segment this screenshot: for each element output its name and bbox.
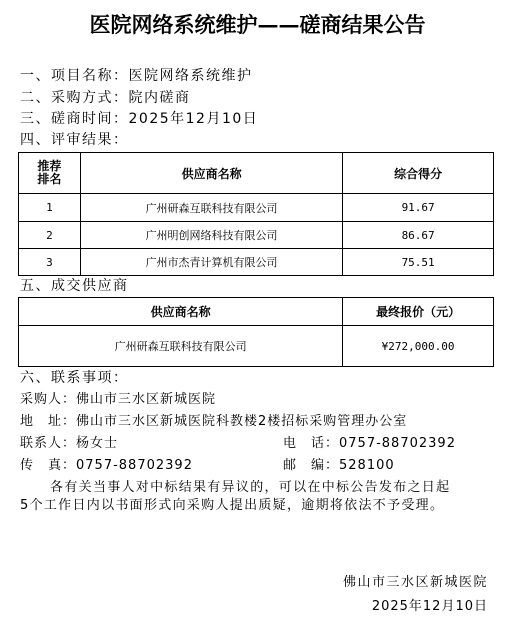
buyer-value: 佛山市三水区新城医院 — [76, 392, 216, 407]
evaluation-table-header: 推荐 排名 供应商名称 综合得分 — [19, 153, 494, 194]
footer-date: 2025年12月10日 — [372, 598, 488, 616]
footer-organization: 佛山市三水区新城医院 — [343, 574, 488, 592]
negotiation-time-line: 三、磋商时间：2025年12月10日 — [20, 110, 258, 128]
deal-table: 供应商名称 最终报价（元） 广州研森互联科技有限公司 ¥272,000.00 — [18, 297, 494, 367]
address-line: 地 址：佛山市三水区新城医院科教楼2楼招标采购管理办公室 — [20, 413, 407, 431]
supplier-cell: 广州市杰青计算机有限公司 — [80, 249, 342, 276]
phone-label: 电 话： — [283, 436, 339, 451]
table-row: 广州研森互联科技有限公司 ¥272,000.00 — [19, 326, 494, 367]
header-rank: 推荐 排名 — [19, 153, 81, 194]
buyer-label: 采购人： — [20, 392, 76, 407]
procurement-method-value: 院内磋商 — [129, 90, 191, 106]
contact-heading: 六、联系事项： — [20, 369, 129, 387]
page-title: 医院网络系统维护——磋商结果公告 — [0, 10, 515, 40]
project-name-line: 一、项目名称：医院网络系统维护 — [20, 67, 253, 85]
rank-cell: 1 — [19, 194, 81, 222]
score-cell: 75.51 — [343, 249, 494, 276]
objection-notice-line1: 各有关当事人对中标结果有异议的，可以在中标公告发布之日起 — [50, 479, 450, 497]
project-name-value: 医院网络系统维护 — [129, 68, 253, 84]
negotiation-time-label: 三、磋商时间： — [20, 111, 129, 127]
procurement-method-label: 二、采购方式： — [20, 90, 129, 106]
phone-value: 0757-88702392 — [339, 436, 456, 451]
postcode-value: 528100 — [339, 458, 395, 473]
postcode-label: 邮 编： — [283, 458, 339, 473]
table-row: 2 广州明创网络科技有限公司 86.67 — [19, 222, 494, 249]
fax-value: 0757-88702392 — [76, 458, 193, 473]
objection-notice-line2: 5个工作日内以书面形式向采购人提出质疑，逾期将依法不予受理。 — [20, 497, 444, 515]
header-score: 综合得分 — [343, 153, 494, 194]
rank-cell: 2 — [19, 222, 81, 249]
deal-supplier-heading: 五、成交供应商 — [20, 277, 129, 295]
fax-line: 传 真：0757-88702392 — [20, 457, 193, 475]
supplier-cell: 广州明创网络科技有限公司 — [80, 222, 342, 249]
table-row: 1 广州研森互联科技有限公司 91.67 — [19, 194, 494, 222]
deal-table-header: 供应商名称 最终报价（元） — [19, 298, 494, 326]
contact-person-label: 联系人： — [20, 436, 76, 451]
address-value: 佛山市三水区新城医院科教楼2楼招标采购管理办公室 — [76, 414, 407, 429]
contact-person-line: 联系人：杨女士 — [20, 435, 118, 453]
phone-line: 电 话：0757-88702392 — [283, 435, 456, 453]
postcode-line: 邮 编：528100 — [283, 457, 395, 475]
deal-price-cell: ¥272,000.00 — [343, 326, 494, 367]
buyer-line: 采购人：佛山市三水区新城医院 — [20, 391, 216, 409]
deal-supplier-cell: 广州研森互联科技有限公司 — [19, 326, 343, 367]
supplier-cell: 广州研森互联科技有限公司 — [80, 194, 342, 222]
table-row: 3 广州市杰青计算机有限公司 75.51 — [19, 249, 494, 276]
header-supplier-name: 供应商名称 — [80, 153, 342, 194]
address-label: 地 址： — [20, 414, 76, 429]
header-final-price: 最终报价（元） — [343, 298, 494, 326]
evaluation-table: 推荐 排名 供应商名称 综合得分 1 广州研森互联科技有限公司 91.67 2 … — [18, 152, 494, 276]
contact-person-value: 杨女士 — [76, 436, 118, 451]
procurement-method-line: 二、采购方式：院内磋商 — [20, 89, 191, 107]
header-rank-line2: 排名 — [19, 173, 80, 186]
header-supplier-name: 供应商名称 — [19, 298, 343, 326]
fax-label: 传 真： — [20, 458, 76, 473]
score-cell: 91.67 — [343, 194, 494, 222]
rank-cell: 3 — [19, 249, 81, 276]
evaluation-result-heading: 四、评审结果： — [20, 131, 129, 149]
project-name-label: 一、项目名称： — [20, 68, 129, 84]
negotiation-time-value: 2025年12月10日 — [129, 111, 259, 127]
score-cell: 86.67 — [343, 222, 494, 249]
